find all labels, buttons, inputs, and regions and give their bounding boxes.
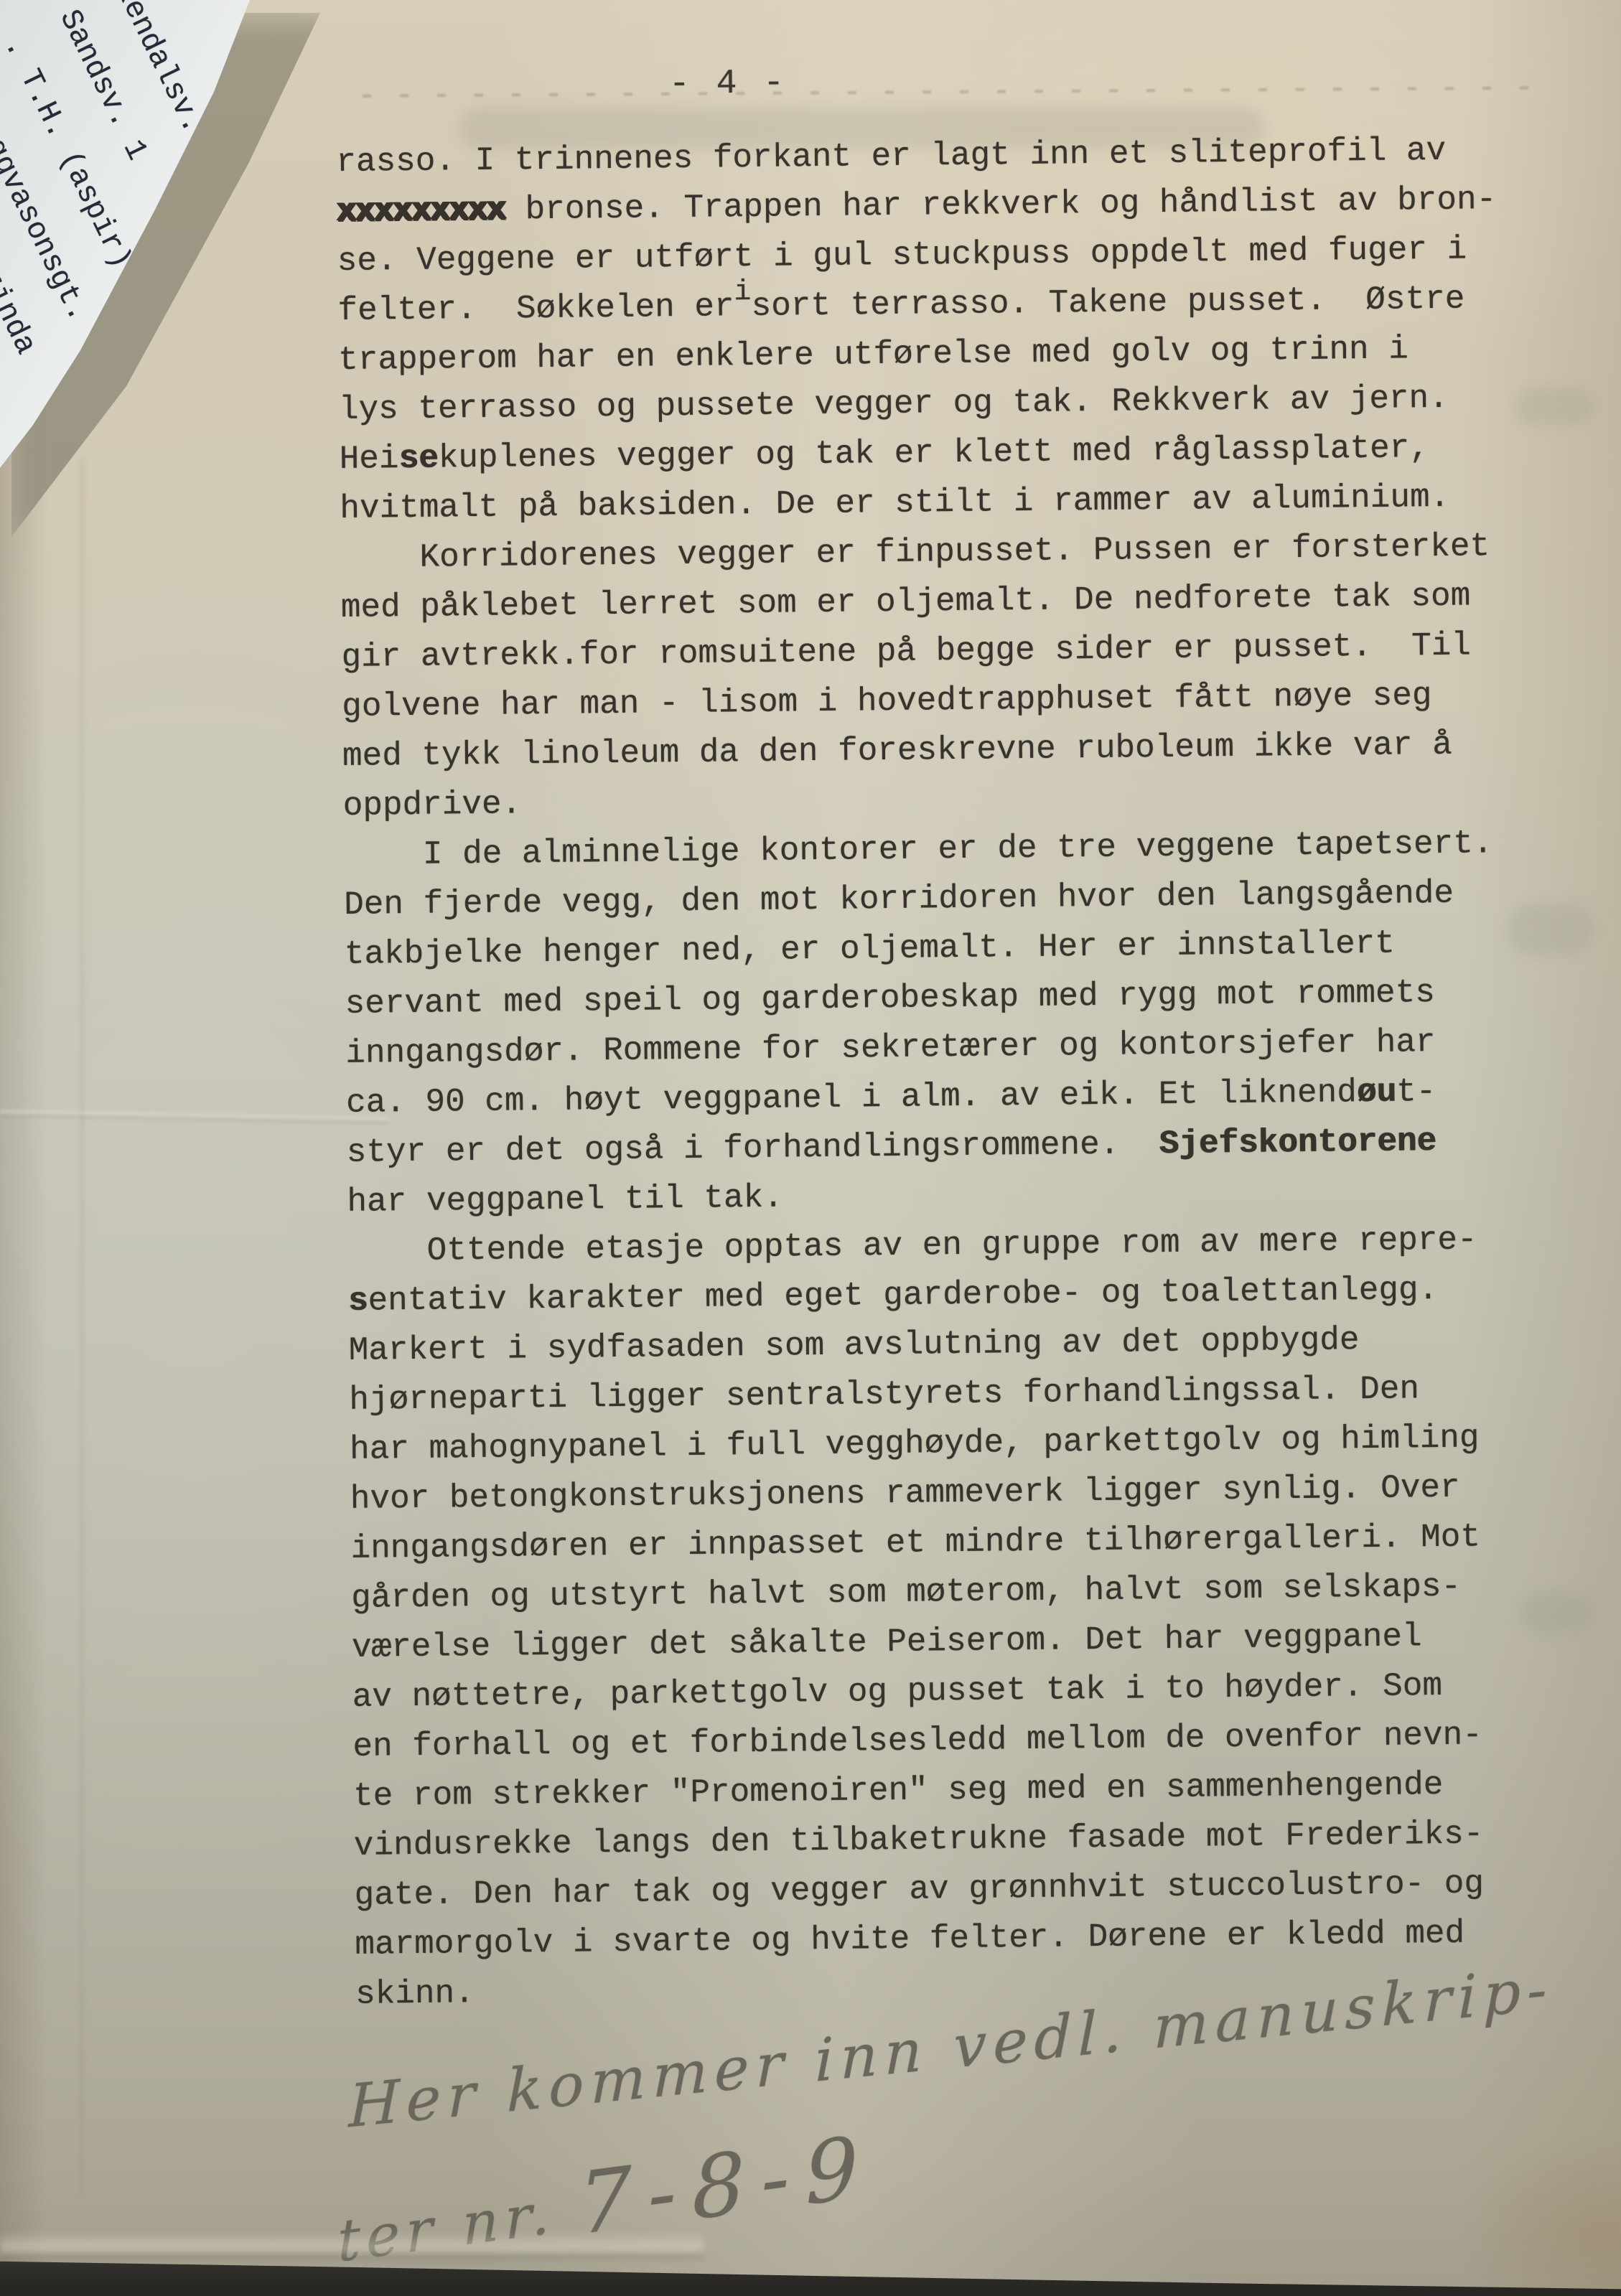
handwritten-note-line2-text: ter nr. — [337, 2176, 580, 2275]
bleed-through-dashes — [363, 86, 1547, 98]
fold-crease-horizontal — [0, 1110, 388, 1124]
document-page: - 4 - rasso. I trinnenes forkant er lagt… — [0, 0, 1621, 2296]
bleed-through-smudge — [1522, 1593, 1594, 1634]
paper-stain — [1464, 2139, 1621, 2296]
fold-crease-vertical — [80, 459, 85, 2196]
typed-text-block: rasso. I trinnenes forkant er lagt inn e… — [336, 126, 1515, 2020]
page-number: - 4 - — [669, 64, 788, 104]
page-bottom-edge-highlight — [0, 2231, 704, 2259]
punch-hole-mark — [1496, 49, 1567, 129]
bleed-through-smudge — [1508, 904, 1594, 955]
bleed-through-smudge — [1515, 388, 1594, 425]
